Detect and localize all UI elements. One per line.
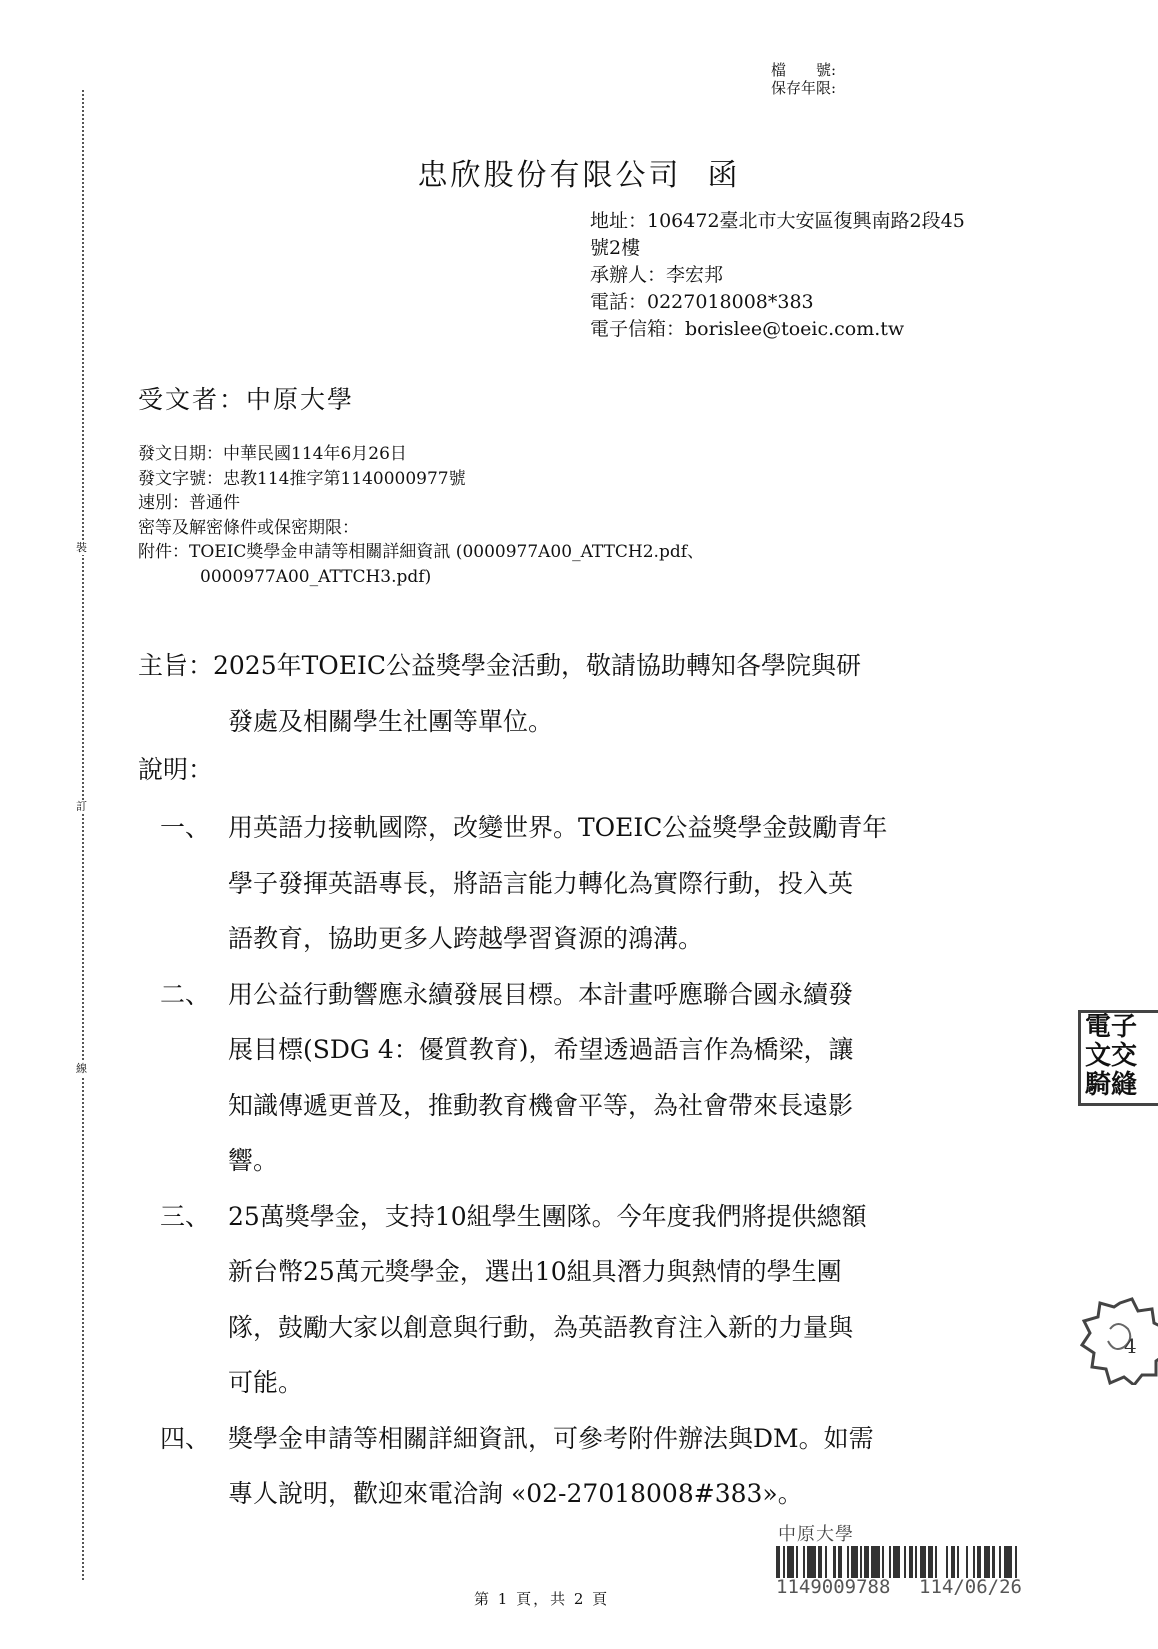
attachments-line1: 附件：TOEIC獎學金申請等相關詳細資訊 (0000977A00_ATTCH2.… (138, 540, 704, 565)
speed-class: 速別：普通件 (138, 491, 704, 516)
archive-retention-period: 保存年限: (771, 80, 836, 97)
item-number: 一、 (160, 800, 228, 967)
subject-line2: 發處及相關學生社團等單位。 (138, 694, 861, 750)
company-name: 忠欣股份有限公司 (418, 158, 682, 193)
description-item: 二、 用公益行動響應永續發展目標。本計畫呼應聯合國永續發 展目標(SDG 4：優… (160, 967, 1020, 1189)
item-line: 語教育，協助更多人跨越學習資源的鴻溝。 (228, 911, 887, 967)
item-number: 二、 (160, 967, 228, 1189)
subject-line1: 主旨：2025年TOEIC公益獎學金活動，敬請協助轉知各學院與研 (138, 638, 861, 694)
sender-phone: 電話：0227018008*383 (590, 289, 965, 316)
document-number: 發文字號：忠教114推字第1140000977號 (138, 467, 704, 492)
doc-type: 函 (708, 158, 741, 193)
document-meta: 發文日期：中華民國114年6月26日 發文字號：忠教114推字第11400009… (138, 442, 704, 589)
letter-title: 忠欣股份有限公司函 (0, 150, 1158, 194)
item-line: 學子發揮英語專長，將語言能力轉化為實際行動，投入英 (228, 856, 887, 912)
archive-file-number: 檔 號: (771, 62, 836, 79)
stamp-line: 電子 (1085, 1013, 1158, 1042)
item-line: 展目標(SDG 4：優質教育)，希望透過語言作為橋梁，讓 (228, 1022, 854, 1078)
description-item: 一、 用英語力接軌國際，改變世界。TOEIC公益獎學金鼓勵青年 學子發揮英語專長… (160, 800, 1020, 967)
item-line: 隊，鼓勵大家以創意與行動，為英語教育注入新的力量與 (228, 1300, 867, 1356)
item-line: 用公益行動響應永續發展目標。本計畫呼應聯合國永續發 (228, 967, 854, 1023)
sender-address-line2: 號2樓 (590, 235, 965, 262)
receipt-date: 114/06/26 (919, 1576, 1022, 1598)
item-line: 可能。 (228, 1355, 867, 1411)
e-document-seam-stamp: 電子 文交 騎縫 (1078, 1010, 1158, 1106)
sender-info: 地址：106472臺北市大安區復興南路2段45 號2樓 承辦人：李宏邦 電話：0… (590, 208, 965, 343)
seal-number: 4 (1124, 1334, 1137, 1358)
seal-stamp-icon: 4 (1080, 1295, 1158, 1385)
description-label: 說明： (138, 750, 213, 786)
sender-email: 電子信箱：borislee@toeic.com.tw (590, 316, 965, 343)
stamp-line: 騎縫 (1085, 1071, 1158, 1100)
attachments-line2: 0000977A00_ATTCH3.pdf) (138, 565, 704, 590)
binding-dotted-line (82, 90, 84, 1580)
page-number: 第 1 頁，共 2 頁 (474, 1588, 609, 1609)
item-number: 三、 (160, 1189, 228, 1411)
barcode-number: 1149009788 (776, 1576, 890, 1598)
description-item: 四、 獎學金申請等相關詳細資訊，可參考附件辦法與DM。如需 專人說明，歡迎來電洽… (160, 1411, 1020, 1522)
recipient: 受文者：中原大學 (138, 380, 354, 416)
item-line: 新台幣25萬元獎學金，選出10組具潛力與熱情的學生團 (228, 1244, 867, 1300)
description-items: 一、 用英語力接軌國際，改變世界。TOEIC公益獎學金鼓勵青年 學子發揮英語專長… (160, 800, 1020, 1522)
stamp-line: 文交 (1085, 1042, 1158, 1071)
issue-date: 發文日期：中華民國114年6月26日 (138, 442, 704, 467)
binding-mark-ding: 訂 (76, 800, 87, 814)
binding-mark-xian: 線 (76, 1062, 87, 1076)
barcode-icon (776, 1546, 1022, 1578)
description-item: 三、 25萬獎學金，支持10組學生團隊。今年度我們將提供總額 新台幣25萬元獎學… (160, 1189, 1020, 1411)
item-line: 獎學金申請等相關詳細資訊，可參考附件辦法與DM。如需 (228, 1411, 874, 1467)
subject: 主旨：2025年TOEIC公益獎學金活動，敬請協助轉知各學院與研 發處及相關學生… (138, 638, 861, 750)
item-line: 25萬獎學金，支持10組學生團隊。今年度我們將提供總額 (228, 1189, 867, 1245)
confidentiality: 密等及解密條件或保密期限： (138, 516, 704, 541)
item-line: 知識傳遞更普及，推動教育機會平等，為社會帶來長遠影 (228, 1078, 854, 1134)
item-line: 用英語力接軌國際，改變世界。TOEIC公益獎學金鼓勵青年 (228, 800, 887, 856)
sender-address-line1: 地址：106472臺北市大安區復興南路2段45 (590, 208, 965, 235)
receipt-barcode-block: 中原大學 1149009788 114/06/26 (776, 1520, 1022, 1598)
receipt-org: 中原大學 (778, 1520, 1022, 1546)
item-number: 四、 (160, 1411, 228, 1522)
sender-contact: 承辦人：李宏邦 (590, 262, 965, 289)
binding-mark-zhuang: 裝 (76, 541, 87, 555)
item-line: 響。 (228, 1133, 854, 1189)
item-line: 專人說明，歡迎來電洽詢 «02-27018008#383»。 (228, 1466, 874, 1522)
